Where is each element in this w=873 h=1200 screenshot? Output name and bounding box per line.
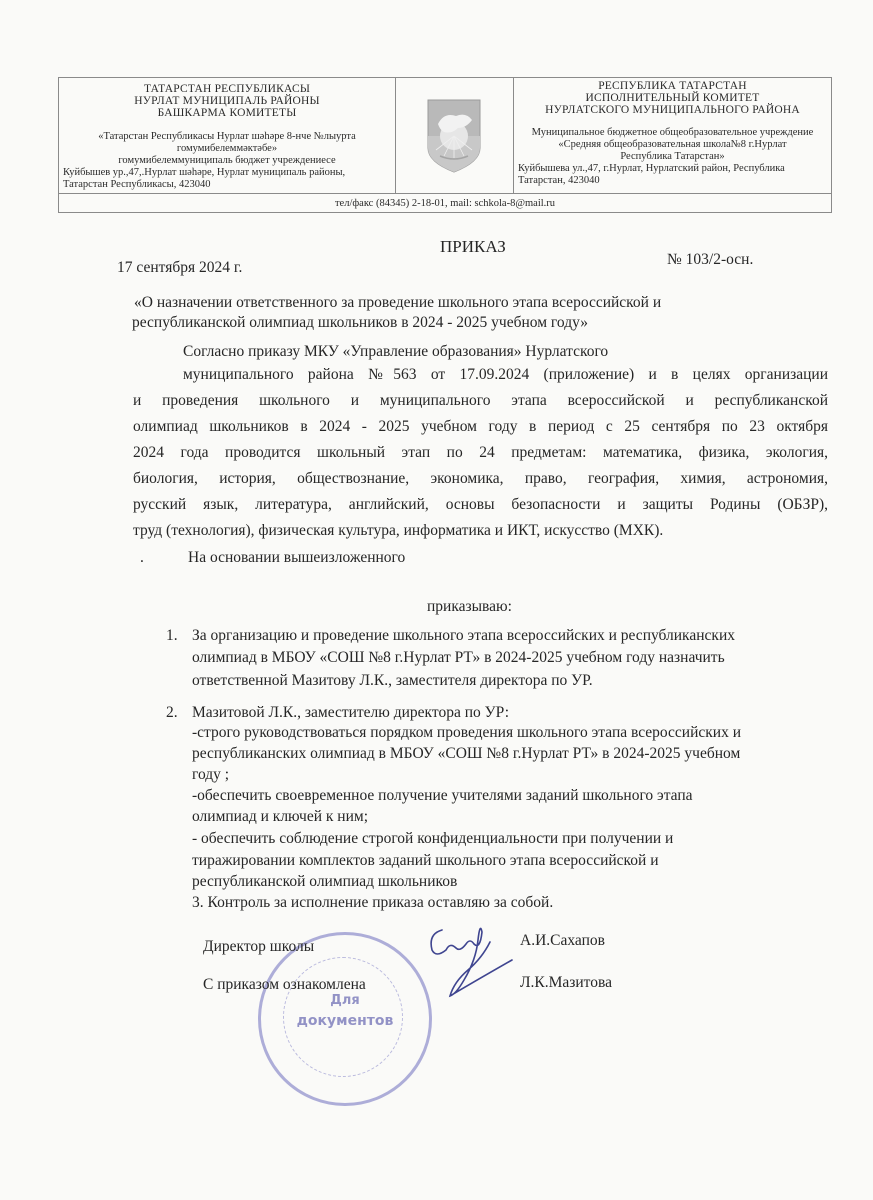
basis-dot: .: [140, 548, 144, 568]
ru-district: НУРЛАТСКОГО МУНИЦИПАЛЬНОГО РАЙОНА: [514, 104, 831, 116]
preamble-line-8: труд (технология), физическая культура, …: [133, 521, 663, 541]
document-page: ТАТАРСТАН РЕСПУБЛИКАСЫ НУРЛАТ МУНИЦИПАЛЬ…: [0, 0, 873, 1200]
preamble-line-6: биология, история, обществознание, эконо…: [133, 467, 828, 491]
tatar-committee: БАШКАРМА КОМИТЕТЫ: [59, 107, 395, 119]
tatar-org-3: гомумибелеммуниципаль бюджет учреждениес…: [59, 155, 395, 167]
preamble-line-2: муниципального района №563 от 17.09.2024…: [183, 363, 828, 387]
item-2-line-7: - обеспечить соблюдение строгой конфиден…: [192, 829, 673, 849]
item-1-line-2: олимпиад в МБОУ «СОШ №8 г.Нурлат РТ» в 2…: [192, 648, 725, 668]
signature-icon: [420, 920, 515, 1005]
preamble-line-3: и проведения школьного и муниципального …: [133, 389, 828, 413]
basis-text: На основании вышеизложенного: [188, 548, 405, 568]
preamble-line-1: Согласно приказу МКУ «Управление образов…: [183, 342, 608, 362]
official-stamp: Для документов: [258, 932, 432, 1106]
item-2-line-2: -строго руководствоваться порядком прове…: [192, 723, 741, 743]
tatar-org-2: гомумибелеммәктәбе»: [59, 143, 395, 155]
stamp-text-2: документов: [261, 1013, 429, 1029]
item-2-line-8: тиражировании комплектов заданий школьно…: [192, 851, 659, 871]
ru-org-2: «Средняя общеобразовательная школа№8 г.Н…: [514, 139, 831, 151]
ru-committee: ИСПОЛНИТЕЛЬНЫЙ КОМИТЕТ: [514, 92, 831, 104]
order-number: № 103/2-осн.: [667, 250, 753, 270]
item-3-control: 3. Контроль за исполнение приказа оставл…: [192, 893, 553, 913]
signature-role-acknowledged: С приказом ознакомлена: [203, 975, 366, 995]
tatar-district: НУРЛАТ МУНИЦИПАЛЬ РАЙОНЫ: [59, 95, 395, 107]
letterhead-tatar: ТАТАРСТАН РЕСПУБЛИКАСЫ НУРЛАТ МУНИЦИПАЛЬ…: [59, 78, 396, 193]
preamble-line-7: русский язык, литература, английский, ос…: [133, 493, 828, 517]
letterhead-russian: РЕСПУБЛИКА ТАТАРСТАН ИСПОЛНИТЕЛЬНЫЙ КОМИ…: [514, 78, 831, 193]
tatar-republic: ТАТАРСТАН РЕСПУБЛИКАСЫ: [59, 83, 395, 95]
contacts-line: тел/факс (84345) 2-18-01, mail: schkola-…: [59, 193, 831, 213]
item-2-line-9: республиканской олимпиад школьников: [192, 872, 457, 892]
ru-republic: РЕСПУБЛИКА ТАТАРСТАН: [514, 80, 831, 92]
item-1-number: 1.: [166, 626, 178, 646]
signature-name-acknowledged: Л.К.Мазитова: [520, 973, 612, 993]
ru-address-1: Куйбышева ул.,47, г.Нурлат, Нурлатский р…: [514, 163, 831, 175]
ru-org-1: Муниципальное бюджетное общеобразователь…: [514, 124, 831, 139]
coat-of-arms-icon: [426, 98, 482, 174]
item-2-number: 2.: [166, 703, 178, 723]
item-1-line-3: ответственной Мазитову Л.К., заместителя…: [192, 671, 593, 691]
item-2-line-3: республиканских олимпиад в МБОУ «СОШ №8 …: [192, 744, 740, 764]
tatar-org-1: «Татарстан Республикасы Нурлат шәһәре 8-…: [59, 127, 395, 143]
preamble-line-5: 2024 года проводится школьный этап по 24…: [133, 441, 828, 465]
signature-name-director: А.И.Сахапов: [520, 931, 605, 951]
preamble-line-4: олимпиад школьников в 2024 - 2025 учебно…: [133, 415, 828, 439]
order-title: ПРИКАЗ: [440, 237, 506, 257]
tatar-address-2: Татарстан Республикасы, 423040: [59, 179, 395, 191]
order-date: 17 сентября 2024 г.: [117, 258, 242, 278]
ru-org-3: Республика Татарстан»: [514, 151, 831, 163]
order-subject-line-1: «О назначении ответственного за проведен…: [134, 293, 661, 313]
ru-address-2: Татарстан, 423040: [514, 175, 831, 187]
order-subject-line-2: республиканской олимпиад школьников в 20…: [132, 313, 588, 333]
tatar-address-1: Куйбышев ур.,47,.Нурлат шәһәре, Нурлат м…: [59, 167, 395, 179]
item-1-line-1: За организацию и проведение школьного эт…: [192, 626, 735, 646]
letterhead: ТАТАРСТАН РЕСПУБЛИКАСЫ НУРЛАТ МУНИЦИПАЛЬ…: [58, 77, 832, 213]
item-2-line-6: олимпиад и ключей к ним;: [192, 807, 368, 827]
stamp-text-1: Для: [261, 993, 429, 1008]
decree-word: приказываю:: [427, 597, 512, 617]
signature-role-director: Директор школы: [203, 937, 314, 957]
emblem-cell: [396, 78, 514, 193]
item-2-line-5: -обеспечить своевременное получение учит…: [192, 786, 693, 806]
item-2-line-1: Мазитовой Л.К., заместителю директора по…: [192, 703, 509, 723]
item-2-line-4: году ;: [192, 765, 229, 785]
